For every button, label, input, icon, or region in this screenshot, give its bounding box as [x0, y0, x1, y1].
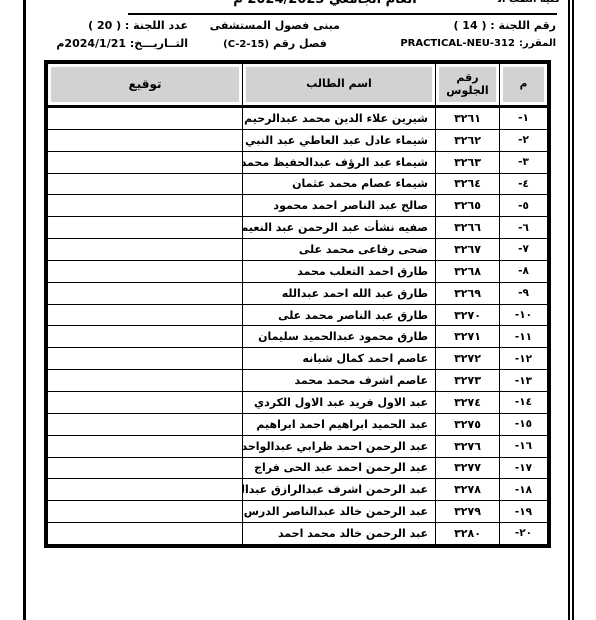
row-number-cell: ١٨-	[499, 479, 547, 500]
seat-number-cell: ٣٢٧٨	[435, 479, 499, 500]
seat-number-cell: ٣٢٧٥	[435, 414, 499, 435]
room-label: فصل رقم	[273, 35, 327, 53]
table-row: ١٦- ٣٢٧٦ عبد الرحمن احمد ظرابي عبدالواحد	[48, 436, 547, 458]
exam-info-header: رقم اللجنة : ( 14 ) المقرر: PRACTICAL-NE…	[0, 17, 596, 57]
row-number-cell: ٦-	[499, 217, 547, 238]
signature-cell	[48, 217, 242, 238]
course-code: PRACTICAL-NEU-312	[400, 35, 515, 53]
student-name-cell: شيماء عبد الرؤف عبدالحفيظ محمد	[242, 152, 435, 173]
student-name-cell: طارق احمد التعلب محمد	[242, 261, 435, 282]
row-number-cell: ١١-	[499, 326, 547, 347]
seat-number-cell: ٣٢٦٣	[435, 152, 499, 173]
seat-number-cell: ٣٢٧١	[435, 326, 499, 347]
table-row: ٣- ٣٢٦٣ شيماء عبد الرؤف عبدالحفيظ محمد	[48, 152, 547, 174]
table-row: ٧- ٣٢٦٧ ضحى رفاعى محمد على	[48, 239, 547, 261]
signature-cell	[48, 458, 242, 479]
header-student-name: اسم الطالب	[242, 64, 435, 105]
row-number-cell: ٢-	[499, 130, 547, 151]
seat-number-cell: ٣٢٦٩	[435, 283, 499, 304]
signature-cell	[48, 436, 242, 457]
faculty-name-text: كلية الطب البشرى	[498, 0, 560, 5]
row-number-cell: ٧-	[499, 239, 547, 260]
table-row: ١٨- ٣٢٧٨ عبد الرحمن اشرف عبدالرازق عبدال…	[48, 479, 547, 501]
row-number-cell: ٣-	[499, 152, 547, 173]
signature-cell	[48, 326, 242, 347]
signature-cell	[48, 348, 242, 369]
table-row: ١٣- ٣٢٧٣ عاصم اشرف محمد محمد	[48, 370, 547, 392]
room-line: فصل رقم (C-2-15)	[210, 35, 340, 53]
scan-border-right-inner	[572, 0, 574, 620]
table-row: ١٢- ٣٢٧٢ عاصم احمد كمال شبانه	[48, 348, 547, 370]
seat-number-cell: ٣٢٧٩	[435, 501, 499, 522]
academic-year-text: العام الجامعي 2024/2023 م	[195, 0, 455, 7]
signature-cell	[48, 174, 242, 195]
student-name-cell: شيماء عادل عبد العاطي عبد النبي	[242, 130, 435, 151]
scanned-attendance-sheet: العام الجامعي 2024/2023 م كلية الطب البش…	[0, 0, 596, 620]
student-name-cell: شيرين علاء الدين محمد عبدالرحيم	[242, 108, 435, 129]
row-number-cell: ١٦-	[499, 436, 547, 457]
student-name-cell: عبد الحميد ابراهيم احمد ابراهيم	[242, 414, 435, 435]
committee-count: عدد اللجنة : ( 20 )	[40, 17, 188, 35]
table-row: ١١- ٣٢٧١ طارق محمود عبدالحميد سليمان	[48, 326, 547, 348]
table-row: ٢٠- ٣٢٨٠ عبد الرحمن خالد محمد احمد	[48, 523, 547, 544]
scan-border-right-outer	[568, 0, 570, 620]
student-name-cell: عبد الرحمن احمد ظرابي عبدالواحد	[242, 436, 435, 457]
student-name-cell: عاصم اشرف محمد محمد	[242, 370, 435, 391]
row-number-cell: ١٥-	[499, 414, 547, 435]
signature-cell	[48, 130, 242, 151]
seat-number-cell: ٣٢٦٦	[435, 217, 499, 238]
table-row: ٩- ٣٢٦٩ طارق عبد الله احمد عبدالله	[48, 283, 547, 305]
header-serial: م	[499, 64, 547, 105]
table-row: ١٩- ٣٢٧٩ عبد الرحمن خالد عبدالناصر الدرس	[48, 501, 547, 523]
row-number-cell: ١٠-	[499, 305, 547, 326]
table-row: ١٥- ٣٢٧٥ عبد الحميد ابراهيم احمد ابراهيم	[48, 414, 547, 436]
header-seat-number: رقم الجلوس	[435, 64, 499, 105]
row-number-cell: ١٧-	[499, 458, 547, 479]
signature-cell	[48, 305, 242, 326]
student-name-cell: صالح عبد الناصر احمد محمود	[242, 195, 435, 216]
student-name-cell: طارق عبد الناصر محمد على	[242, 305, 435, 326]
student-name-cell: عبد الرحمن خالد عبدالناصر الدرس	[242, 501, 435, 522]
signature-cell	[48, 370, 242, 391]
student-name-cell: عبد الرحمن خالد محمد احمد	[242, 523, 435, 544]
exam-date: التــاريـــخ: 2024/1/21م	[40, 35, 188, 53]
student-name-cell: ضحى رفاعى محمد على	[242, 239, 435, 260]
student-name-cell: طارق عبد الله احمد عبدالله	[242, 283, 435, 304]
student-name-cell: عبد الاول فريد عبد الاول الكردي	[242, 392, 435, 413]
attendance-table: م رقم الجلوس اسم الطالب توقيع ١- ٣٢٦١ شي…	[44, 60, 551, 548]
student-name-cell: طارق محمود عبدالحميد سليمان	[242, 326, 435, 347]
table-row: ١٠- ٣٢٧٠ طارق عبد الناصر محمد على	[48, 305, 547, 327]
table-row: ٨- ٣٢٦٨ طارق احمد التعلب محمد	[48, 261, 547, 283]
student-name-cell: عبد الرحمن اشرف عبدالرازق عبدالمبدى	[242, 479, 435, 500]
student-name-cell: صفيه نشأت عبد الرحمن عبد النعيم	[242, 217, 435, 238]
signature-cell	[48, 239, 242, 260]
signature-cell	[48, 283, 242, 304]
seat-number-cell: ٣٢٧٦	[435, 436, 499, 457]
info-column-center: مبنى فصول المستشفى فصل رقم (C-2-15)	[210, 17, 340, 53]
header-divider-line	[128, 13, 557, 15]
row-number-cell: ١٤-	[499, 392, 547, 413]
committee-number: رقم اللجنة : ( 14 )	[346, 17, 556, 35]
table-row: ٦- ٣٢٦٦ صفيه نشأت عبد الرحمن عبد النعيم	[48, 217, 547, 239]
signature-cell	[48, 108, 242, 129]
info-column-right: رقم اللجنة : ( 14 ) المقرر: PRACTICAL-NE…	[346, 17, 556, 53]
row-number-cell: ١-	[499, 108, 547, 129]
signature-cell	[48, 523, 242, 544]
signature-cell	[48, 392, 242, 413]
row-number-cell: ١٩-	[499, 501, 547, 522]
table-body: ١- ٣٢٦١ شيرين علاء الدين محمد عبدالرحيم …	[48, 108, 547, 544]
table-row: ٤- ٣٢٦٤ شيماء عصام محمد عثمان	[48, 174, 547, 196]
student-name-cell: عاصم احمد كمال شبانه	[242, 348, 435, 369]
seat-number-cell: ٣٢٨٠	[435, 523, 499, 544]
signature-cell	[48, 479, 242, 500]
seat-number-cell: ٣٢٦١	[435, 108, 499, 129]
signature-cell	[48, 501, 242, 522]
table-row: ٢- ٣٢٦٢ شيماء عادل عبد العاطي عبد النبي	[48, 130, 547, 152]
table-row: ٥- ٣٢٦٥ صالح عبد الناصر احمد محمود	[48, 195, 547, 217]
seat-number-cell: ٣٢٧٢	[435, 348, 499, 369]
table-row: ١٤- ٣٢٧٤ عبد الاول فريد عبد الاول الكردي	[48, 392, 547, 414]
table-row: ١٧- ٣٢٧٧ عبد الرحمن احمد عبد الحى فراج	[48, 458, 547, 480]
row-number-cell: ٥-	[499, 195, 547, 216]
table-header-row: م رقم الجلوس اسم الطالب توقيع	[48, 64, 547, 108]
seat-number-cell: ٣٢٦٢	[435, 130, 499, 151]
seat-number-cell: ٣٢٦٧	[435, 239, 499, 260]
row-number-cell: ٤-	[499, 174, 547, 195]
room-code: (C-2-15)	[223, 36, 269, 54]
seat-number-cell: ٣٢٦٨	[435, 261, 499, 282]
info-column-left: عدد اللجنة : ( 20 ) التــاريـــخ: 2024/1…	[40, 17, 188, 53]
course-label: المقرر:	[519, 35, 556, 53]
header-signature: توقيع	[48, 64, 242, 105]
signature-cell	[48, 152, 242, 173]
row-number-cell: ١٢-	[499, 348, 547, 369]
table-row: ١- ٣٢٦١ شيرين علاء الدين محمد عبدالرحيم	[48, 108, 547, 130]
row-number-cell: ٢٠-	[499, 523, 547, 544]
student-name-cell: شيماء عصام محمد عثمان	[242, 174, 435, 195]
seat-number-cell: ٣٢٧٤	[435, 392, 499, 413]
seat-number-cell: ٣٢٧٣	[435, 370, 499, 391]
signature-cell	[48, 195, 242, 216]
seat-number-cell: ٣٢٧٠	[435, 305, 499, 326]
signature-cell	[48, 414, 242, 435]
student-name-cell: عبد الرحمن احمد عبد الحى فراج	[242, 458, 435, 479]
seat-number-cell: ٣٢٧٧	[435, 458, 499, 479]
seat-number-cell: ٣٢٦٤	[435, 174, 499, 195]
course-line: المقرر: PRACTICAL-NEU-312	[346, 35, 556, 53]
scan-border-left	[23, 0, 26, 620]
row-number-cell: ٨-	[499, 261, 547, 282]
building-name: مبنى فصول المستشفى	[210, 17, 340, 35]
row-number-cell: ٩-	[499, 283, 547, 304]
seat-number-cell: ٣٢٦٥	[435, 195, 499, 216]
clipped-top-strip: العام الجامعي 2024/2023 م كلية الطب البش…	[0, 0, 596, 9]
signature-cell	[48, 261, 242, 282]
row-number-cell: ١٣-	[499, 370, 547, 391]
